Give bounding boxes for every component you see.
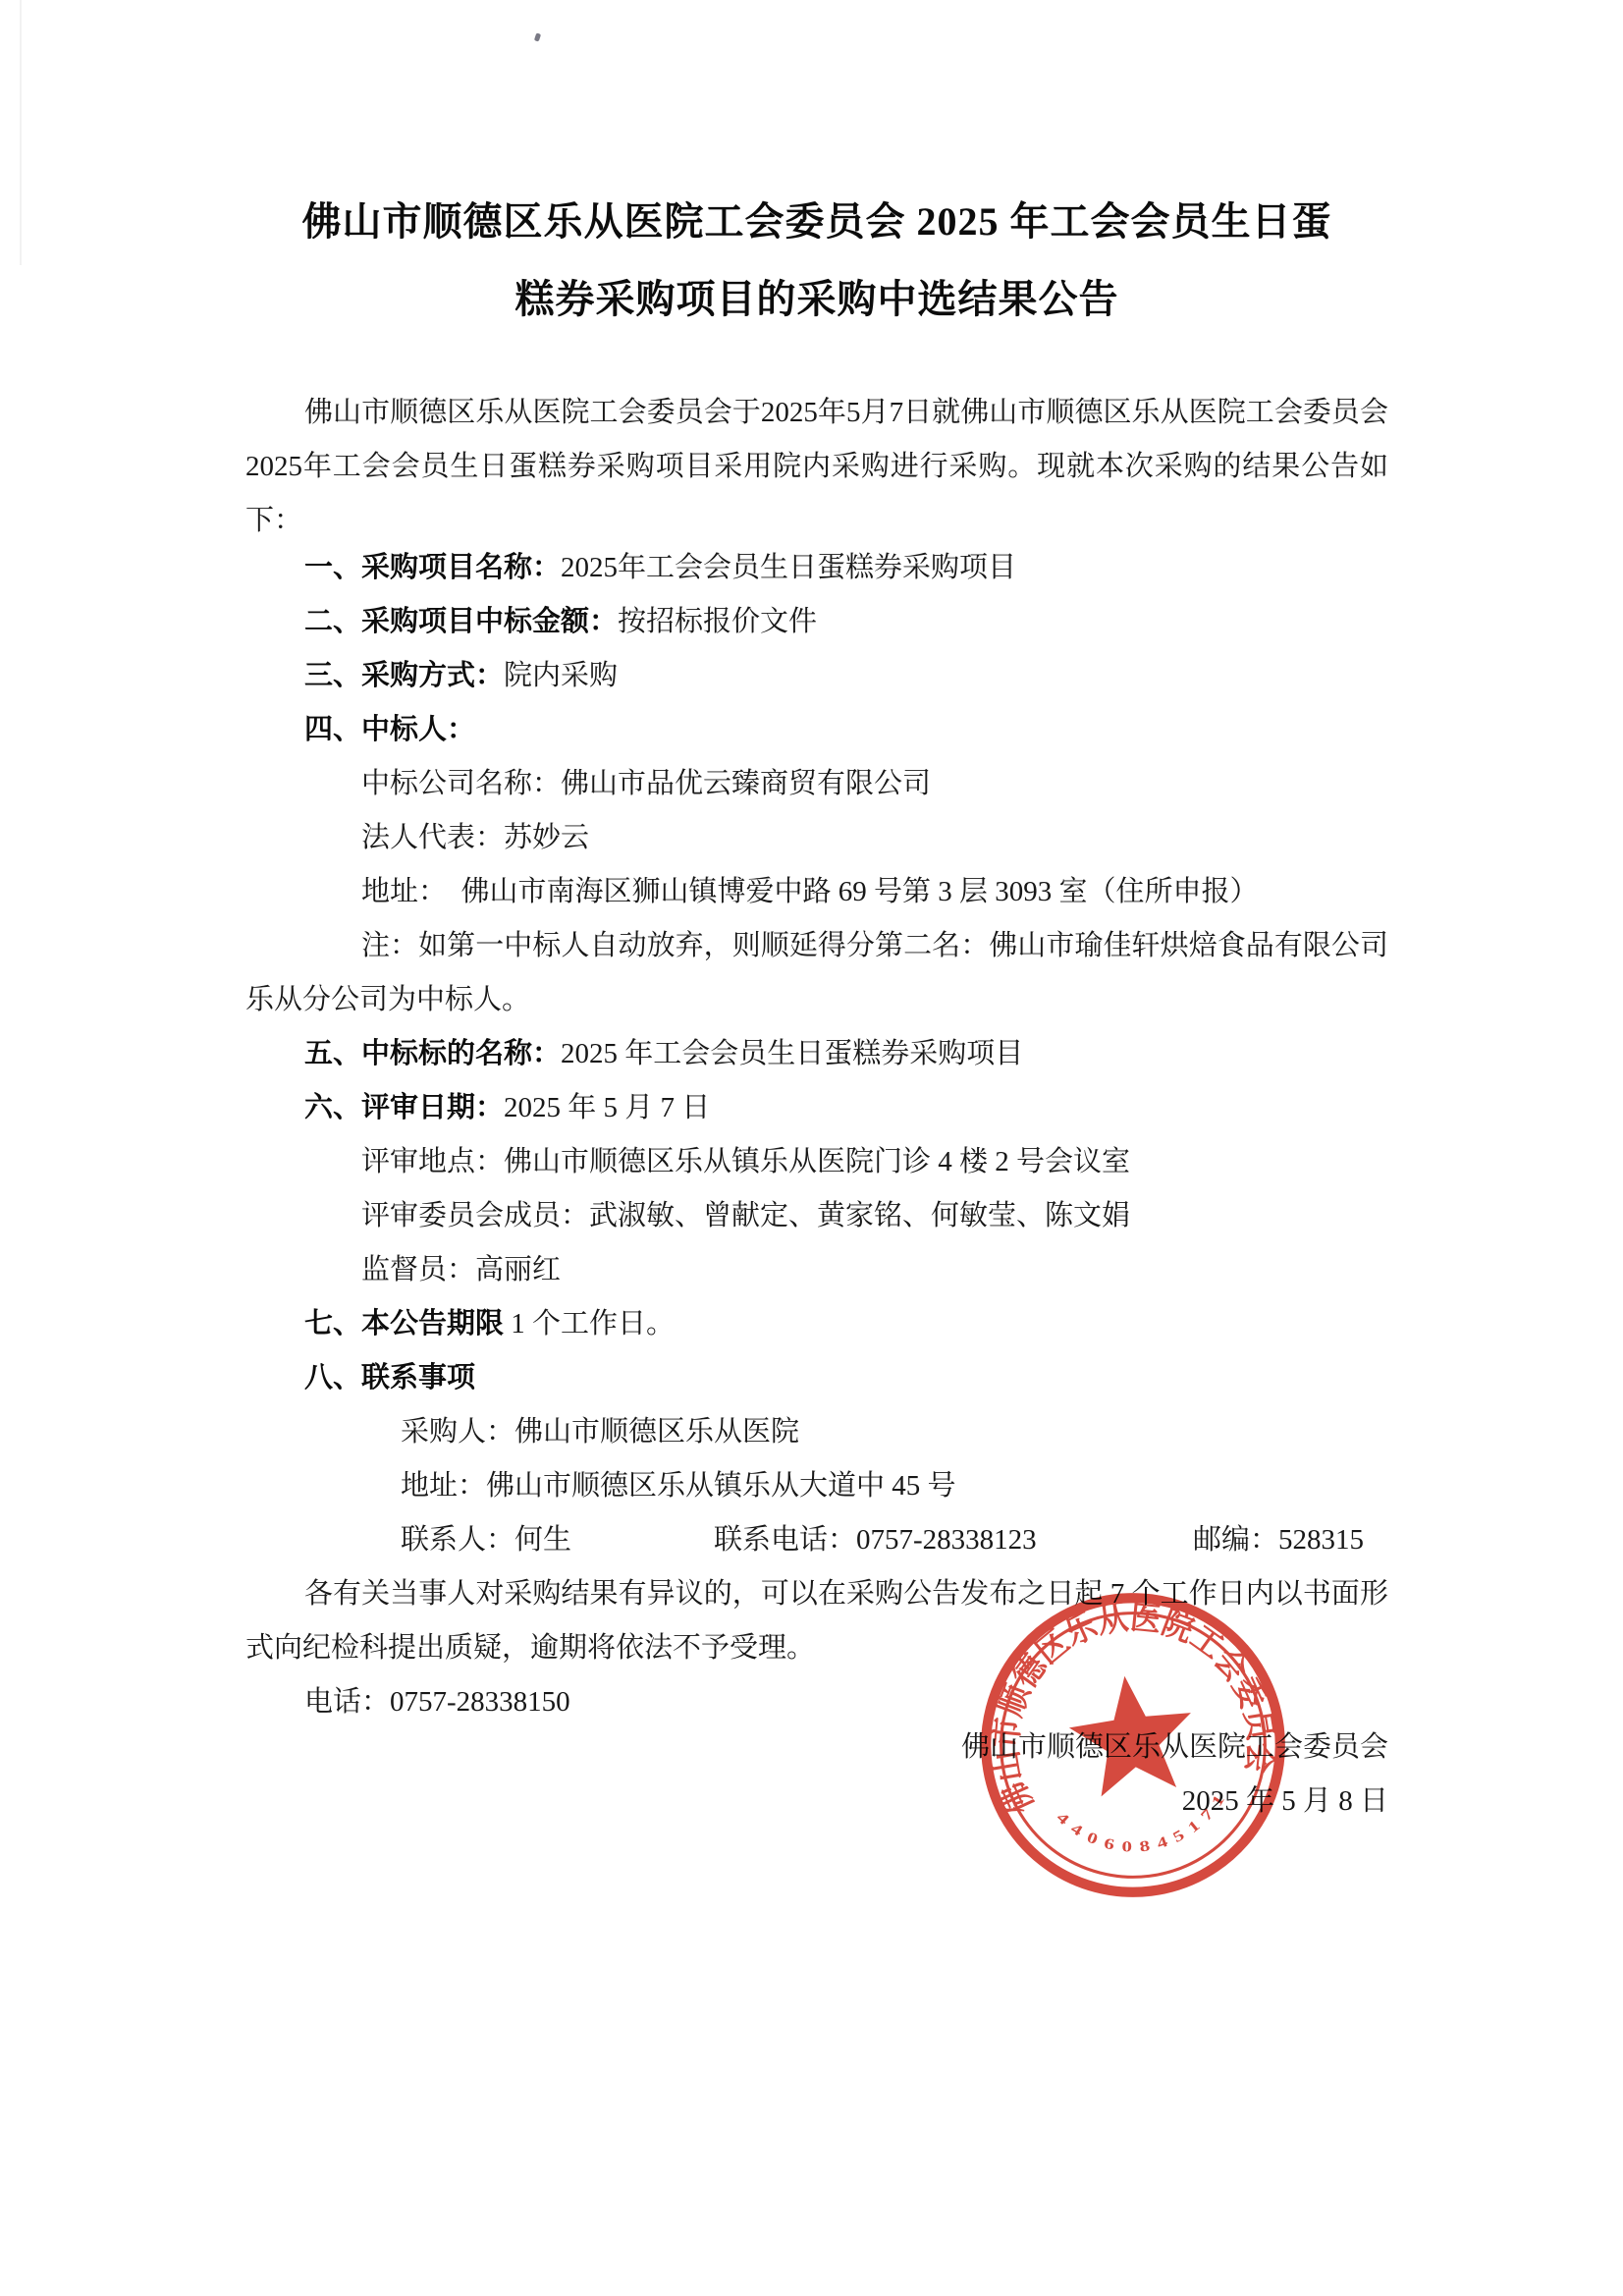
page-title-line1: 佛山市顺德区乐从医院工会委员会 2025 年工会会员生日蛋 xyxy=(245,183,1388,260)
doc-line: 五、中标标的名称：2025 年工会会员生日蛋糕券采购项目 xyxy=(245,1027,1388,1081)
issue-date: 2025 年 5 月 8 日 xyxy=(245,1775,1491,1829)
doc-line: 三、采购方式：院内采购 xyxy=(245,649,1388,703)
scan-speck-artifact xyxy=(534,32,541,41)
doc-line: 四、中标人： xyxy=(245,703,1388,757)
contact-zipcode: 邮编：528315 xyxy=(1193,1513,1364,1567)
doc-line: 法人代表：苏妙云 xyxy=(245,811,1388,865)
doc-line: 评审地点：佛山市顺德区乐从镇乐从医院门诊 4 楼 2 号会议室 xyxy=(245,1135,1388,1189)
page-title: 佛山市顺德区乐从医院工会委员会 2025 年工会会员生日蛋 糕券采购项目的采购中… xyxy=(245,183,1388,338)
doc-line: 一、采购项目名称：2025年工会会员生日蛋糕券采购项目 xyxy=(245,541,1388,595)
doc-line: 八、联系事项 xyxy=(245,1351,1388,1405)
announcement-page: 佛山市顺德区乐从医院工会委员会 2025 年工会会员生日蛋 糕券采购项目的采购中… xyxy=(0,0,1623,2296)
doc-line: 注：如第一中标人自动放弃，则顺延得分第二名：佛山市瑜佳轩烘焙食品有限公司乐从分公… xyxy=(245,919,1388,1027)
contact-phone: 联系电话：0757-28338123 xyxy=(714,1513,1037,1567)
stamp-star-icon xyxy=(1063,1668,1199,1799)
contact-row: 联系人：何生 联系电话：0757-28338123 邮编：528315 xyxy=(245,1513,1388,1567)
doc-line: 采购人：佛山市顺德区乐从医院 xyxy=(245,1405,1388,1459)
doc-line: 七、本公告期限 1 个工作日。 xyxy=(245,1297,1388,1351)
scan-edge-artifact xyxy=(20,0,22,265)
doc-line: 评审委员会成员：武淑敏、曾献定、黄家铭、何敏莹、陈文娟 xyxy=(245,1189,1388,1243)
doc-line: 二、采购项目中标金额：按招标报价文件 xyxy=(245,595,1388,649)
doc-line: 中标公司名称：佛山市品优云臻商贸有限公司 xyxy=(245,757,1388,811)
contact-person: 联系人：何生 xyxy=(401,1513,571,1567)
doc-line: 六、评审日期：2025 年 5 月 7 日 xyxy=(245,1081,1388,1135)
body-lines: 一、采购项目名称：2025年工会会员生日蛋糕券采购项目二、采购项目中标金额：按招… xyxy=(245,541,1388,1513)
official-stamp: 佛山市顺德区乐从医院工会委员会 440608451719 xyxy=(959,1571,1307,1919)
doc-line: 监督员：高丽红 xyxy=(245,1243,1388,1297)
doc-line: 地址： 佛山市南海区狮山镇博爱中路 69 号第 3 层 3093 室（住所申报） xyxy=(245,865,1388,919)
intro-paragraph: 佛山市顺德区乐从医院工会委员会于2025年5月7日就佛山市顺德区乐从医院工会委员… xyxy=(245,386,1388,548)
doc-line: 地址：佛山市顺德区乐从镇乐从大道中 45 号 xyxy=(245,1459,1388,1513)
page-title-line2: 糕券采购项目的采购中选结果公告 xyxy=(245,260,1388,338)
